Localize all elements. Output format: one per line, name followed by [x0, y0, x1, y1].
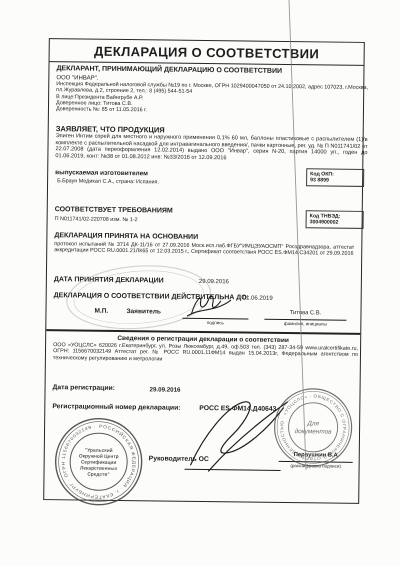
- scan-crease-line: [0, 0, 400, 566]
- scanned-declaration-page: ДЕКЛАРАЦИЯ О СООТВЕТСТВИИ ДЕКЛАРАНТ, ПРИ…: [0, 0, 400, 566]
